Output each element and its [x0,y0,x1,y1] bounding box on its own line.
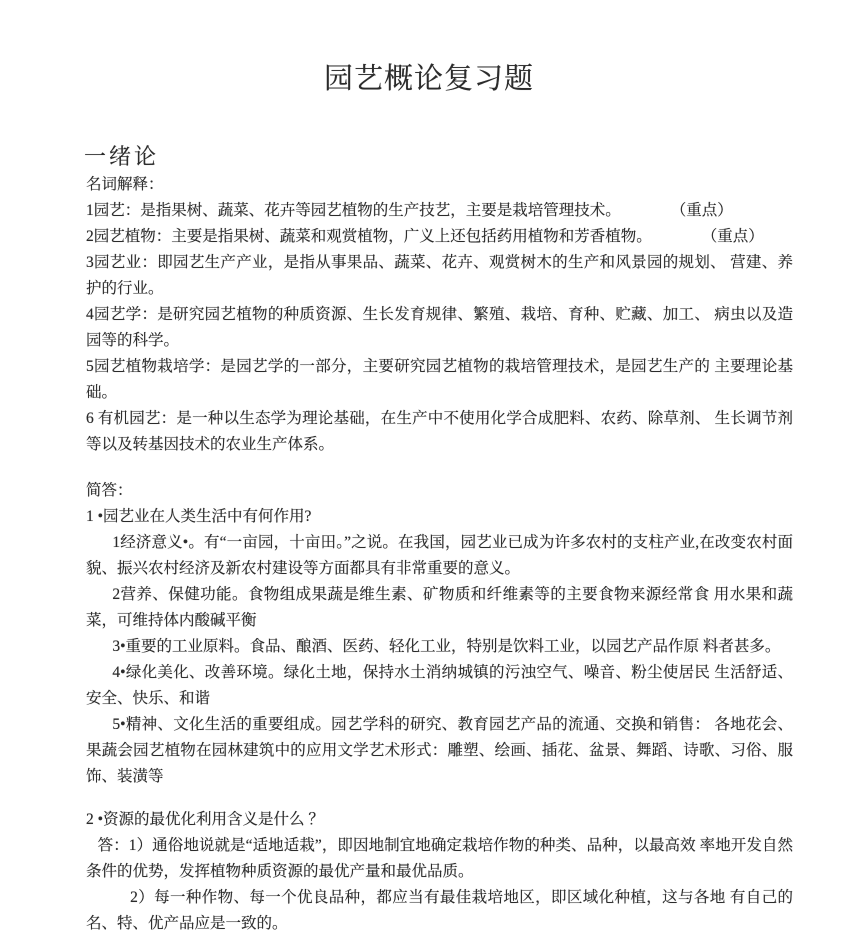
glossary-item-text: 1园艺：是指果树、蔬菜、花卉等园艺植物的生产技艺，主要是栽培管理技术。 [86,202,621,219]
important-tag: （重点） [671,198,733,224]
q1-answer: 2营养、保健功能。食物组成果蔬是维生素、矿物质和纤维素等的主要食物来源经常食 用… [86,582,793,634]
glossary-item-text: 2园艺植物：主要是指果树、蔬菜和观赏植物，广义上还包括药用植物和芳香植物。 [86,228,652,245]
section-heading: 一绪论 [84,142,858,172]
q1-answer: 5•精神、文化生活的重要组成。园艺学科的研究、教育园艺产品的流通、交换和销售： … [86,712,793,790]
document-body: 名词解释： 1园艺：是指果树、蔬菜、花卉等园艺植物的生产技艺，主要是栽培管理技术… [86,172,793,937]
document-page: 园艺概论复习题 一绪论 名词解释： 1园艺：是指果树、蔬菜、花卉等园艺植物的生产… [0,0,858,948]
short-answer-label: 简答： [86,478,793,504]
doc-title: 园艺概论复习题 [0,0,858,96]
glossary-label: 名词解释： [86,172,793,198]
glossary-item: 6 有机园艺：是一种以生态学为理论基础，在生产中不使用化学合成肥料、农药、除草剂… [86,406,793,458]
glossary-item: 3园艺业：即园艺生产产业，是指从事果品、蔬菜、花卉、观赏树木的生产和风景园的规划… [86,250,793,302]
q1-answer: 3•重要的工业原料。食品、酿酒、医药、轻化工业，特别是饮料工业，以园艺产品作原 … [86,634,793,660]
glossary-item: 5园艺植物栽培学：是园艺学的一部分，主要研究园艺植物的栽培管理技术，是园艺生产的… [86,354,793,406]
question-1: 1 •园艺业在人类生活中有何作用? [86,504,793,530]
glossary-item: 1园艺：是指果树、蔬菜、花卉等园艺植物的生产技艺，主要是栽培管理技术。（重点） [86,198,793,224]
q2-answer: 2）每一种作物、每一个优良品种，都应当有最佳栽培地区，即区域化种植，这与各地 有… [86,885,793,937]
important-tag: （重点） [702,224,764,250]
glossary-item: 2园艺植物：主要是指果树、蔬菜和观赏植物，广义上还包括药用植物和芳香植物。（重点… [86,224,793,250]
q1-answer: 1经济意义•。有“一亩园，十亩田。”之说。在我国，园艺业已成为许多农村的支柱产业… [86,530,793,582]
glossary-item: 4园艺学：是研究园艺植物的种质资源、生长发育规律、繁殖、栽培、育种、贮藏、加工、… [86,302,793,354]
question-2: 2 •资源的最优化利用含义是什么 ？ [86,807,793,833]
q1-answer: 4•绿化美化、改善环境。绿化土地，保持水土消纳城镇的污浊空气、噪音、粉尘使居民 … [86,660,793,712]
q2-answer: 答：1）通俗地说就是“适地适栽”，即因地制宜地确定栽培作物的种类、品种，以最高效… [86,833,793,885]
